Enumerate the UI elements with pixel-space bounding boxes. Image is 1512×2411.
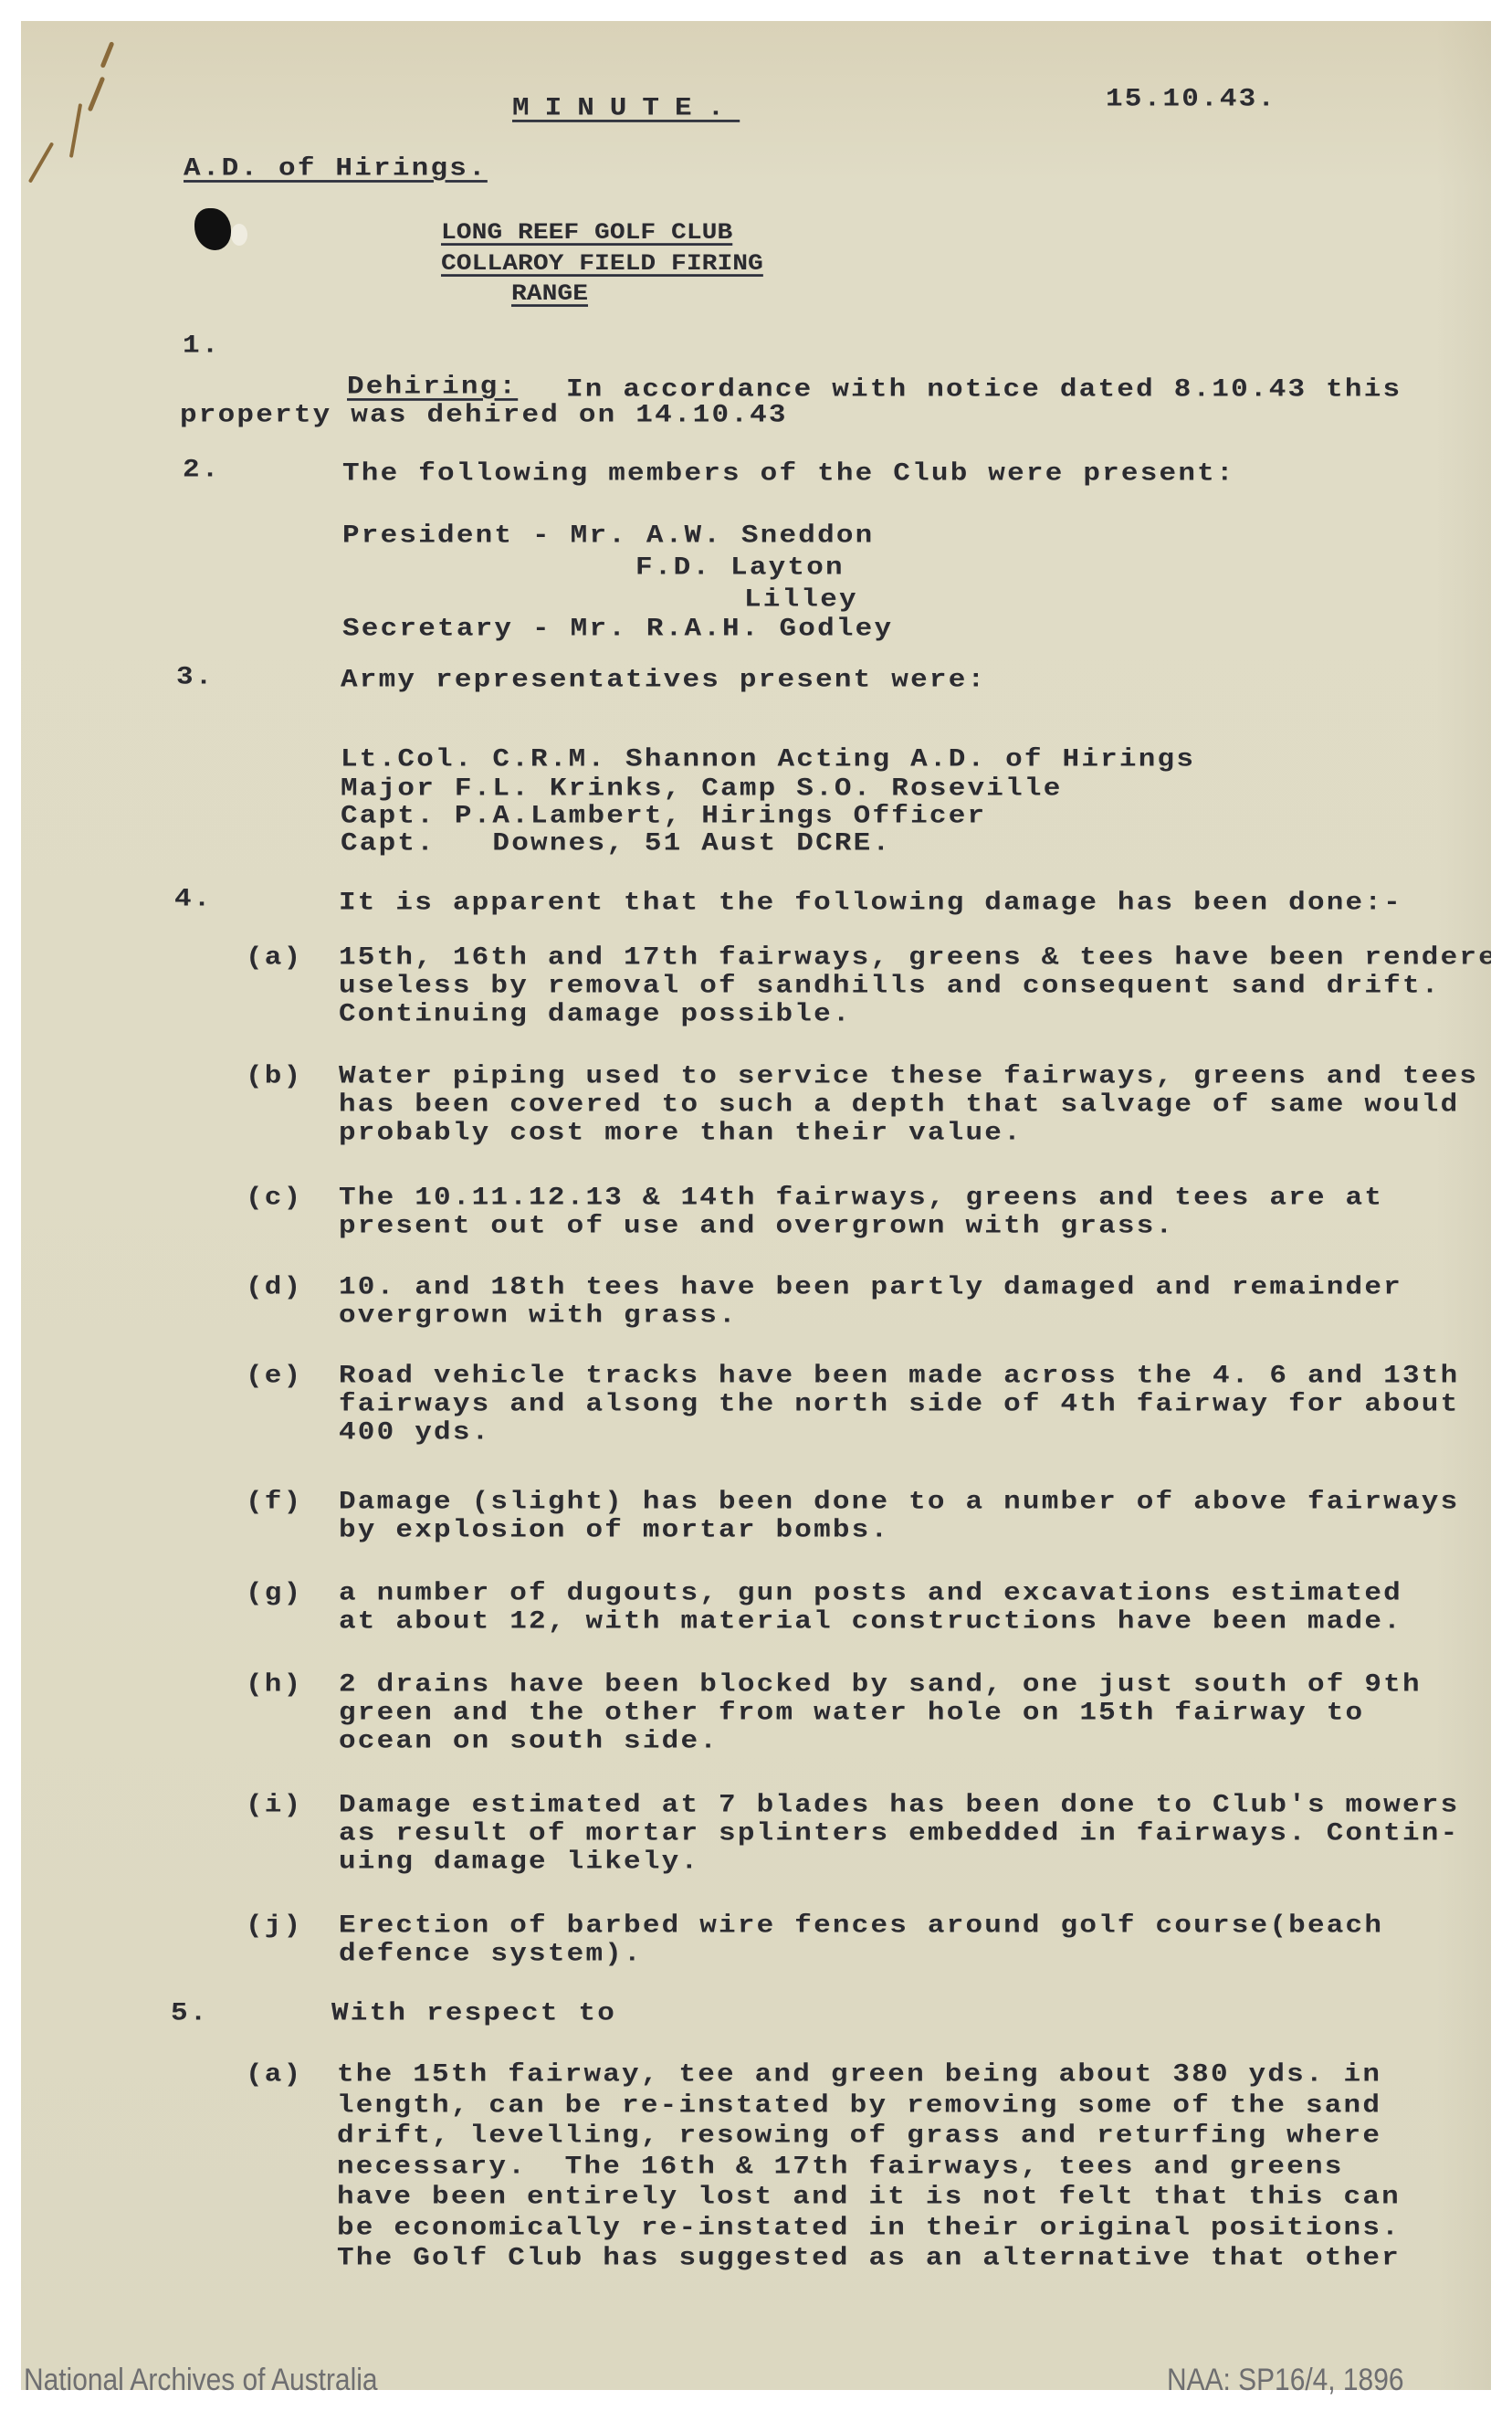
addressee: A.D. of Hirings. (184, 156, 488, 183)
member-line: Major F.L. Krinks, Camp S.O. Roseville (341, 776, 1063, 803)
rust-mark (100, 41, 115, 68)
item-label: (j) (246, 1913, 302, 1940)
section-intro: With respect to (331, 2001, 616, 2027)
item-text-line: Continuing damage possible. (339, 1002, 852, 1028)
item-text-line: Erection of barbed wire fences around go… (339, 1913, 1383, 1940)
section-number: 3. (176, 665, 215, 691)
item-text-line: ocean on south side. (339, 1729, 719, 1755)
item-text-line: present out of use and overgrown with gr… (339, 1214, 1174, 1240)
item-label: (g) (246, 1581, 302, 1607)
section-heading: Dehiring: (347, 374, 518, 401)
rust-mark (28, 142, 54, 183)
item-label: (a) (246, 2062, 302, 2089)
item-text-line: useless by removal of sandhills and cons… (339, 974, 1441, 1000)
section-text: In accordance with notice dated 8.10.43 … (566, 377, 1402, 404)
item-text-line: have been entirely lost and it is not fe… (337, 2185, 1401, 2211)
item-text-line: drift, levelling, resowing of grass and … (337, 2123, 1381, 2150)
subject-line-3: RANGE (511, 281, 588, 308)
item-text-line: has been covered to such a depth that sa… (339, 1092, 1459, 1119)
item-text-line: the 15th fairway, tee and green being ab… (337, 2062, 1381, 2089)
item-label: (h) (246, 1672, 302, 1699)
item-text-line: as result of mortar splinters embedded i… (339, 1821, 1459, 1848)
item-text-line: 15th, 16th and 17th fairways, greens & t… (339, 945, 1491, 972)
document-date: 15.10.43. (1106, 87, 1276, 113)
item-text-line: Road vehicle tracks have been made acros… (339, 1363, 1459, 1390)
subject-line-1: LONG REEF GOLF CLUB (441, 220, 732, 247)
subject-line-2: COLLAROY FIELD FIRING (441, 251, 763, 278)
section-number: 5. (171, 2001, 209, 2027)
section-intro: It is apparent that the following damage… (339, 890, 1402, 917)
rust-mark (88, 77, 106, 112)
member-line: Capt. P.A.Lambert, Hirings Officer (341, 804, 986, 830)
item-text-line: by explosion of mortar bombs. (339, 1518, 889, 1544)
item-text-line: probably cost more than their value. (339, 1121, 1023, 1147)
punch-hole (231, 224, 247, 246)
member-line: Lt.Col. C.R.M. Shannon Acting A.D. of Hi… (341, 747, 1195, 774)
section-text: property was dehired on 14.10.43 (180, 403, 788, 429)
item-text-line: length, can be re-instated by removing s… (337, 2093, 1381, 2120)
document-page: MINUTE. 15.10.43. A.D. of Hirings. LONG … (21, 21, 1491, 2390)
ink-blot (194, 208, 231, 250)
item-text-line: necessary. The 16th & 17th fairways, tee… (337, 2154, 1344, 2181)
item-label: (a) (246, 945, 302, 972)
member-line: Lilley (744, 587, 858, 614)
item-label: (e) (246, 1363, 302, 1390)
item-label: (c) (246, 1185, 302, 1212)
section-number: 1. (183, 333, 221, 360)
item-text-line: The 10.11.12.13 & 14th fairways, greens … (339, 1185, 1383, 1212)
item-text-line: The Golf Club has suggested as an altern… (337, 2246, 1401, 2272)
section-intro: Army representatives present were: (341, 668, 986, 694)
item-text-line: uing damage likely. (339, 1849, 699, 1876)
item-label: (i) (246, 1793, 302, 1819)
member-line: Capt. Downes, 51 Aust DCRE. (341, 831, 891, 858)
item-label: (f) (246, 1490, 302, 1516)
item-text-line: Damage estimated at 7 blades has been do… (339, 1793, 1459, 1819)
member-line: President - Mr. A.W. Sneddon (342, 523, 875, 550)
item-text-line: fairways and alsong the north side of 4t… (339, 1392, 1459, 1418)
item-text-line: Water piping used to service these fairw… (339, 1064, 1478, 1090)
item-text-line: overgrown with grass. (339, 1303, 738, 1330)
item-text-line: at about 12, with material constructions… (339, 1609, 1402, 1636)
member-line: F.D. Layton (635, 555, 845, 582)
item-text-line: green and the other from water hole on 1… (339, 1700, 1364, 1727)
section-intro: The following members of the Club were p… (342, 461, 1235, 488)
document-title: MINUTE. (512, 96, 740, 122)
member-line: Secretary - Mr. R.A.H. Godley (342, 616, 893, 643)
item-label: (b) (246, 1064, 302, 1090)
rust-mark (69, 103, 82, 158)
item-text-line: 10. and 18th tees have been partly damag… (339, 1275, 1402, 1301)
item-text-line: a number of dugouts, gun posts and excav… (339, 1581, 1402, 1607)
archive-credit: National Archives of Australia (24, 2363, 378, 2398)
section-number: 4. (174, 887, 213, 913)
item-text-line: defence system). (339, 1942, 643, 1968)
item-text-line: 400 yds. (339, 1420, 490, 1447)
item-text-line: 2 drains have been blocked by sand, one … (339, 1672, 1422, 1699)
section-number: 2. (183, 458, 221, 484)
archive-reference: NAA: SP16/4, 1896 (1167, 2363, 1403, 2398)
item-label: (d) (246, 1275, 302, 1301)
item-text-line: be economically re-instated in their ori… (337, 2216, 1401, 2242)
item-text-line: Damage (slight) has been done to a numbe… (339, 1490, 1459, 1516)
